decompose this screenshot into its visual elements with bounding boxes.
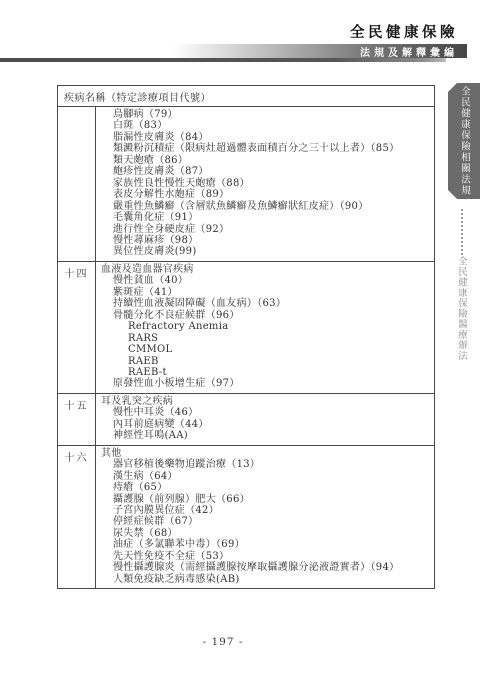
table-row: 耳及乳突之疾病 [96, 396, 434, 407]
table-row: 尿失禁（68） [96, 528, 434, 539]
table-row: 人類免疫缺乏病毒感染(AB) [96, 574, 434, 585]
section-rows: 血液及造血器官疾病慢性貧血（40）紫斑症（41）持續性血液凝固障礙（血友病）（6… [96, 262, 434, 393]
table-row: 紫斑症（41） [96, 287, 434, 298]
section-rows: 耳及乳突之疾病慢性中耳炎（46）內耳前庭病變（44）神經性耳鳴(AA) [96, 394, 434, 445]
table-row: 血液及造血器官疾病 [96, 264, 434, 275]
chapter-tab-primary: 全民健康保險相關法規 [448, 83, 480, 199]
table-section: 十五耳及乳突之疾病慢性中耳炎（46）內耳前庭病變（44）神經性耳鳴(AA) [58, 393, 434, 445]
table-row: 漢生病（64） [96, 471, 434, 482]
section-rows: 烏腳病（79）白斑（83）脂漏性皮膚炎（84）類澱粉沉積症（限病灶超過體表面積百… [96, 107, 434, 261]
section-rows: 其他器官移植後藥物追蹤治療（13）漢生病（64）痔瘡（65）攝護腺（前列腺）肥大… [96, 446, 434, 588]
table-row: 皰疹性皮膚炎（87） [96, 166, 434, 177]
page-number: - 197 - [0, 636, 446, 648]
section-number: 十六 [58, 446, 96, 588]
disease-code-table: 疾病名稱（特定診療項目代號） 烏腳病（79）白斑（83）脂漏性皮膚炎（84）類澱… [57, 85, 435, 589]
table-row: 子宮內膜異位症（42） [96, 505, 434, 516]
table-row: 異位性皮膚炎(99) [96, 246, 434, 257]
table-row: 攝護腺（前列腺）肥大（66） [96, 494, 434, 505]
table-section: 十四血液及造血器官疾病慢性貧血（40）紫斑症（41）持續性血液凝固障礙（血友病）… [58, 261, 434, 393]
table-row: 油症（多氯聯苯中毒）（69） [96, 539, 434, 550]
book-title: 全民健康保險 [350, 21, 458, 42]
table-row: RARS [96, 333, 434, 344]
table-row: 進行性全身硬皮症（92） [96, 224, 434, 235]
section-number [58, 107, 96, 261]
table-row: 原發性血小板增生症（97） [96, 378, 434, 389]
table-row: RAEB-t [96, 367, 434, 378]
book-subtitle-bar: 法規及解釋彙編 [172, 44, 467, 58]
table-body: 烏腳病（79）白斑（83）脂漏性皮膚炎（84）類澱粉沉積症（限病灶超過體表面積百… [58, 107, 434, 588]
table-row: 其他 [96, 448, 434, 459]
table-row: 類天皰瘡（86） [96, 155, 434, 166]
table-row: 先天性免疫不全症（53） [96, 551, 434, 562]
table-row: 家族性良性慢性天皰瘡（88） [96, 178, 434, 189]
table-row: 持續性血液凝固障礙（血友病）（63） [96, 298, 434, 309]
chapter-tab-primary-label: 全民健康保險相關法規 [457, 86, 471, 196]
table-row: 痔瘡（65） [96, 482, 434, 493]
chapter-tab-secondary-label: 全民健康保險醫療辦法 [454, 256, 468, 361]
table-row: 類澱粉沉積症（限病灶超過體表面積百分之三十以上者）（85） [96, 143, 434, 154]
table-row: 神經性耳鳴(AA) [96, 430, 434, 441]
table-row: 慢性攝護腺炎（需經攝護腺按摩取攝護腺分泌液證實者）（94） [96, 562, 434, 573]
table-row: 嚴重性魚鱗癬（含層狀魚鱗癬及魚鱗癬狀紅皮症）（90） [96, 201, 434, 212]
table-row: 烏腳病（79） [96, 109, 434, 120]
header-divider-rule [0, 58, 446, 62]
table-section: 十六其他器官移植後藥物追蹤治療（13）漢生病（64）痔瘡（65）攝護腺（前列腺）… [58, 445, 434, 588]
table-row: 毛囊角化症（91） [96, 212, 434, 223]
table-row: 慢性蕁麻疹（98） [96, 235, 434, 246]
section-number: 十四 [58, 262, 96, 393]
table-row: 慢性中耳炎（46） [96, 407, 434, 418]
table-row: 內耳前庭病變（44） [96, 419, 434, 430]
vertical-dots-divider [461, 209, 463, 255]
table-header: 疾病名稱（特定診療項目代號） [58, 86, 434, 107]
book-subtitle: 法規及解釋彙編 [360, 44, 458, 59]
table-row: 骨髓分化不良症候群（96） [96, 310, 434, 321]
table-row: 白斑（83） [96, 120, 434, 131]
book-page: 全民健康保險 法規及解釋彙編 全民健康保險相關法規 全民健康保險醫療辦法 疾病名… [0, 0, 480, 681]
table-row: 表皮分解性水皰症（89） [96, 189, 434, 200]
table-row: 停經症候群（67） [96, 516, 434, 527]
table-row: 慢性貧血（40） [96, 275, 434, 286]
table-section: 烏腳病（79）白斑（83）脂漏性皮膚炎（84）類澱粉沉積症（限病灶超過體表面積百… [58, 107, 434, 261]
table-row: RAEB [96, 356, 434, 367]
table-row: 器官移植後藥物追蹤治療（13） [96, 459, 434, 470]
section-number: 十五 [58, 394, 96, 445]
table-row: 脂漏性皮膚炎（84） [96, 132, 434, 143]
table-row: Refractory Anemia [96, 321, 434, 332]
table-row: CMMOL [96, 344, 434, 355]
